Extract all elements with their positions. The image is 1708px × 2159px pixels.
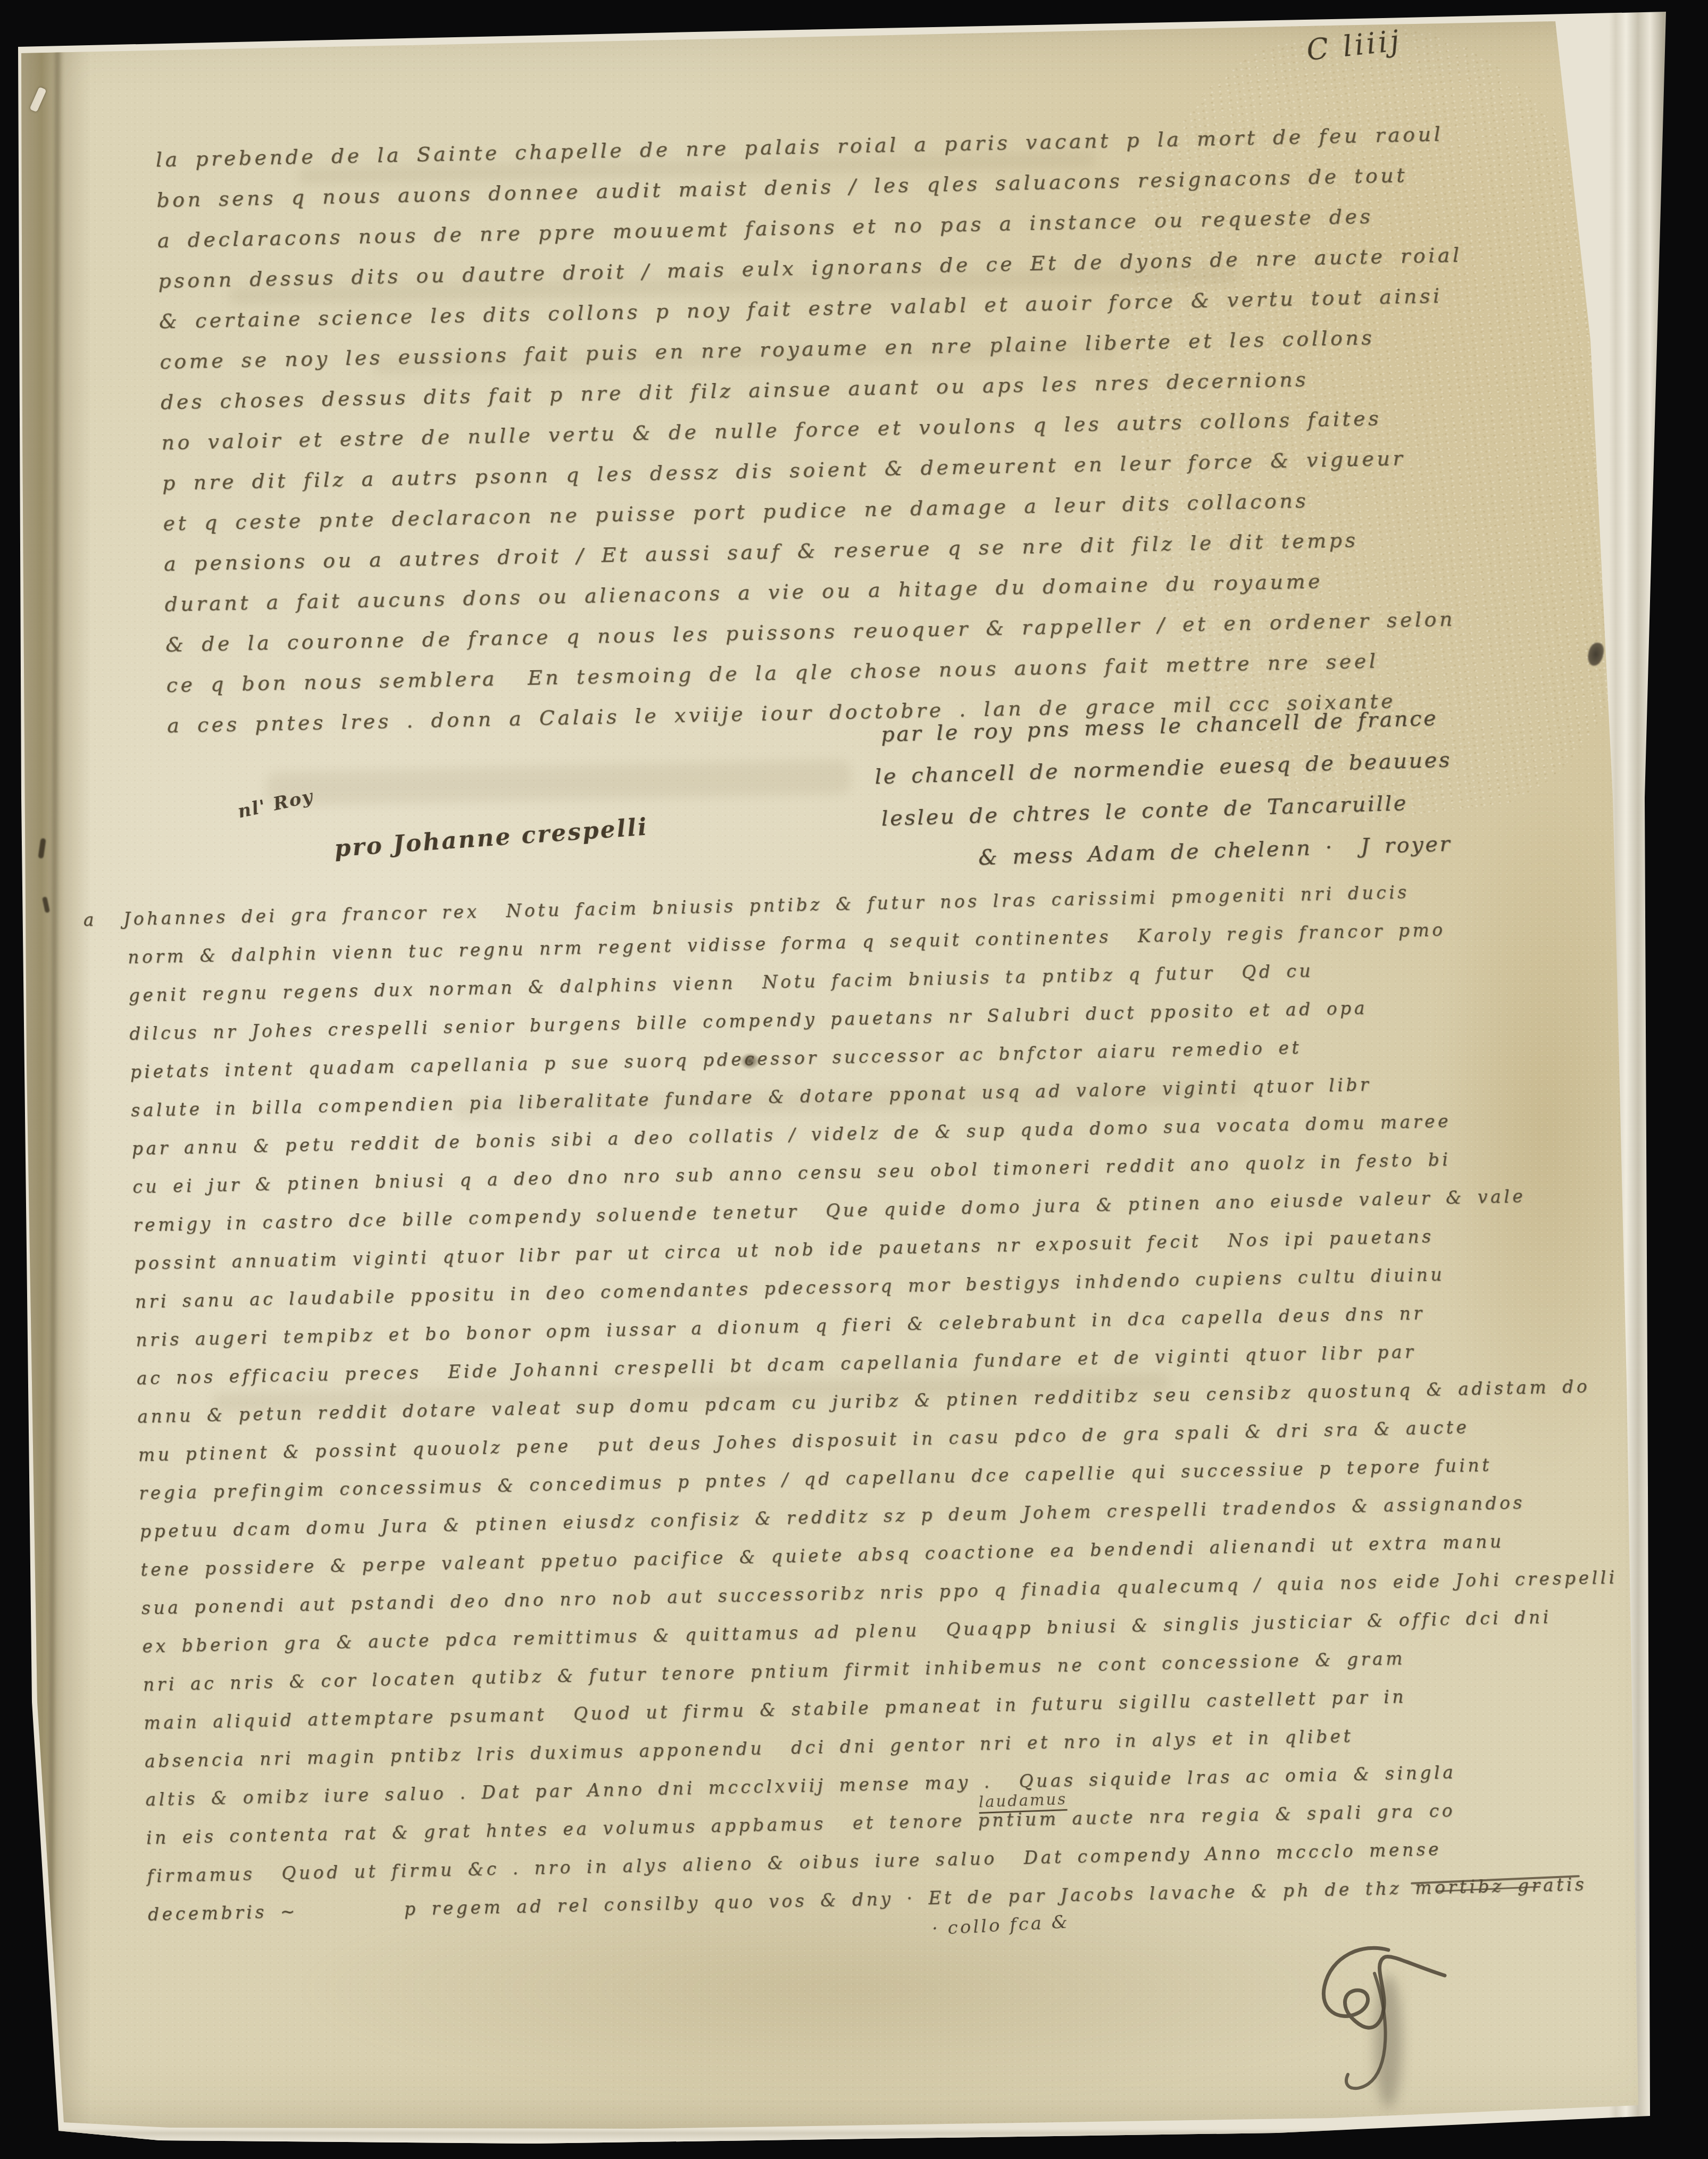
interlinear-insertion: laudamus — [978, 1790, 1067, 1814]
marginal-note: nl' Roy — [236, 786, 315, 822]
bleedthrough — [265, 760, 851, 806]
paraph-flourish-icon — [1310, 1940, 1448, 2121]
stitch-slit — [42, 896, 50, 913]
marginal-note: pro Johanne crespelli — [334, 813, 649, 862]
parchment-page: C liiij la prebende de la Sainte chapell… — [0, 0, 1708, 2159]
subscription-block: par le roy pns mess le chancell de franc… — [880, 697, 1455, 882]
manuscript-photo: C liiij la prebende de la Sainte chapell… — [0, 0, 1708, 2159]
folio-number: C liiij — [1305, 24, 1403, 67]
binding-thread — [29, 87, 46, 112]
french-text-block: la prebende de la Sainte chapelle de nre… — [155, 113, 1471, 746]
signature-flourish — [1310, 1940, 1448, 2121]
latin-text-block: a Johannes dei gra francor rex Notu faci… — [127, 866, 1708, 1933]
ink-blot — [1586, 641, 1605, 667]
ink-blot — [740, 1053, 760, 1069]
binding-crease — [46, 48, 62, 2112]
stitch-slit — [38, 838, 46, 858]
